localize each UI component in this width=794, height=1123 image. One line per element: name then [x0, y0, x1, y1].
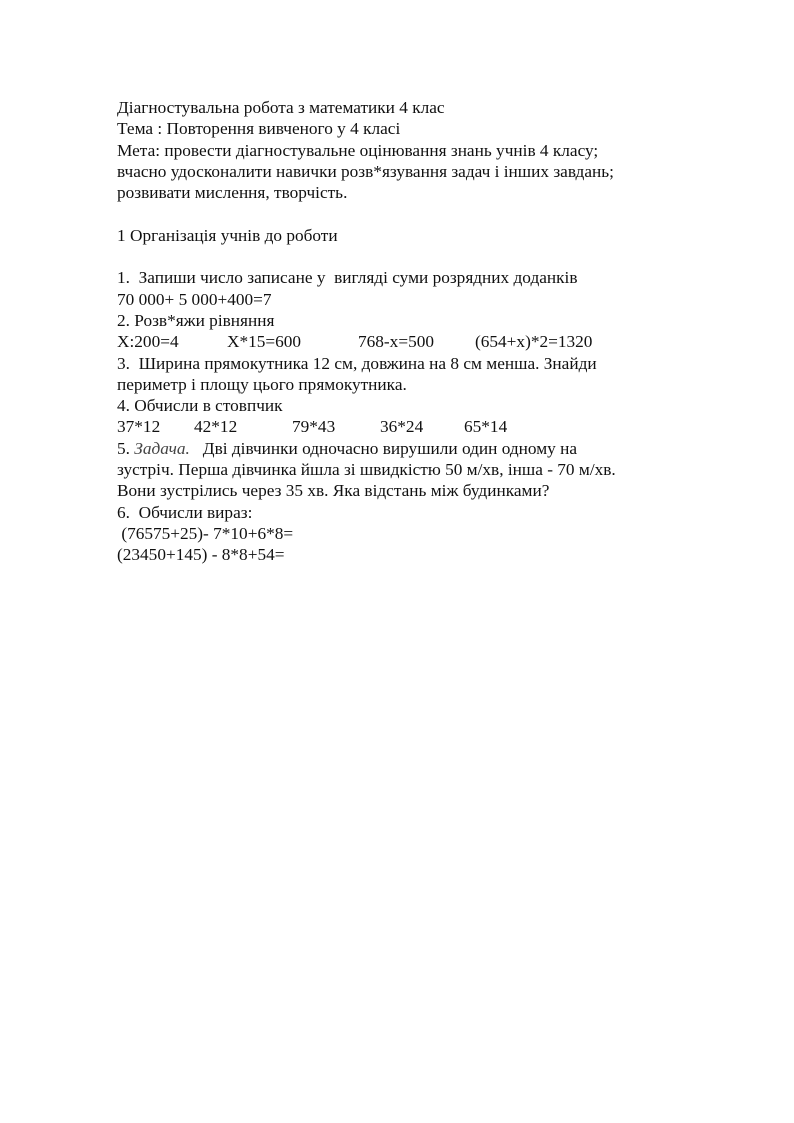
document-page: Діагностувальна робота з математики 4 кл… — [117, 97, 717, 566]
equation: X*15=600 — [227, 331, 301, 352]
task-6-label: 6. Обчисли вираз: — [117, 502, 717, 523]
task-5-line-3: Вони зустрілись через 35 хв. Яка відстан… — [117, 480, 717, 501]
equation: 768-x=500 — [358, 331, 434, 352]
task-4-label: 4. Обчисли в стовпчик — [117, 395, 717, 416]
section-heading: 1 Організація учнів до роботи — [117, 225, 717, 246]
task-5-text: Дві дівчинки одночасно вирушили один одн… — [190, 439, 577, 458]
task-6-expression-2: (23450+145) - 8*8+54= — [117, 544, 717, 565]
topic-line: Тема : Повторення вивченого у 4 класі — [117, 118, 717, 139]
multiplication-item: 36*24 — [380, 416, 423, 437]
document-title: Діагностувальна робота з математики 4 кл… — [117, 97, 717, 118]
task-5-kind: Задача. — [134, 439, 190, 458]
task-5-line-2: зустріч. Перша дівчинка йшла зі швидкіст… — [117, 459, 717, 480]
task-1-label: 1. Запиши число записане у вигляді суми … — [117, 267, 717, 288]
task-5-line-1: 5. Задача. Дві дівчинки одночасно вируши… — [117, 438, 717, 459]
task-5-number: 5. — [117, 439, 134, 458]
multiplication-item: 79*43 — [292, 416, 335, 437]
multiplication-item: 37*12 — [117, 416, 160, 437]
multiplication-item: 65*14 — [464, 416, 507, 437]
task-4-items: 37*12 42*12 79*43 36*24 65*14 — [117, 416, 717, 437]
goal-line-1: Мета: провести діагностувальне оцінюванн… — [117, 140, 717, 161]
task-3-line-1: 3. Ширина прямокутника 12 см, довжина на… — [117, 353, 717, 374]
task-6-expression-1: (76575+25)- 7*10+6*8= — [117, 523, 717, 544]
equation: (654+x)*2=1320 — [475, 331, 592, 352]
spacer — [117, 246, 717, 267]
task-2-label: 2. Розв*яжи рівняння — [117, 310, 717, 331]
multiplication-item: 42*12 — [194, 416, 237, 437]
task-3-line-2: периметр і площу цього прямокутника. — [117, 374, 717, 395]
spacer — [117, 203, 717, 224]
task-1-expression: 70 000+ 5 000+400=7 — [117, 289, 717, 310]
goal-line-2: вчасно удосконалити навички розв*язуванн… — [117, 161, 717, 182]
goal-line-3: розвивати мислення, творчість. — [117, 182, 717, 203]
equation: X:200=4 — [117, 331, 179, 352]
task-2-equations: X:200=4 X*15=600 768-x=500 (654+x)*2=132… — [117, 331, 717, 352]
